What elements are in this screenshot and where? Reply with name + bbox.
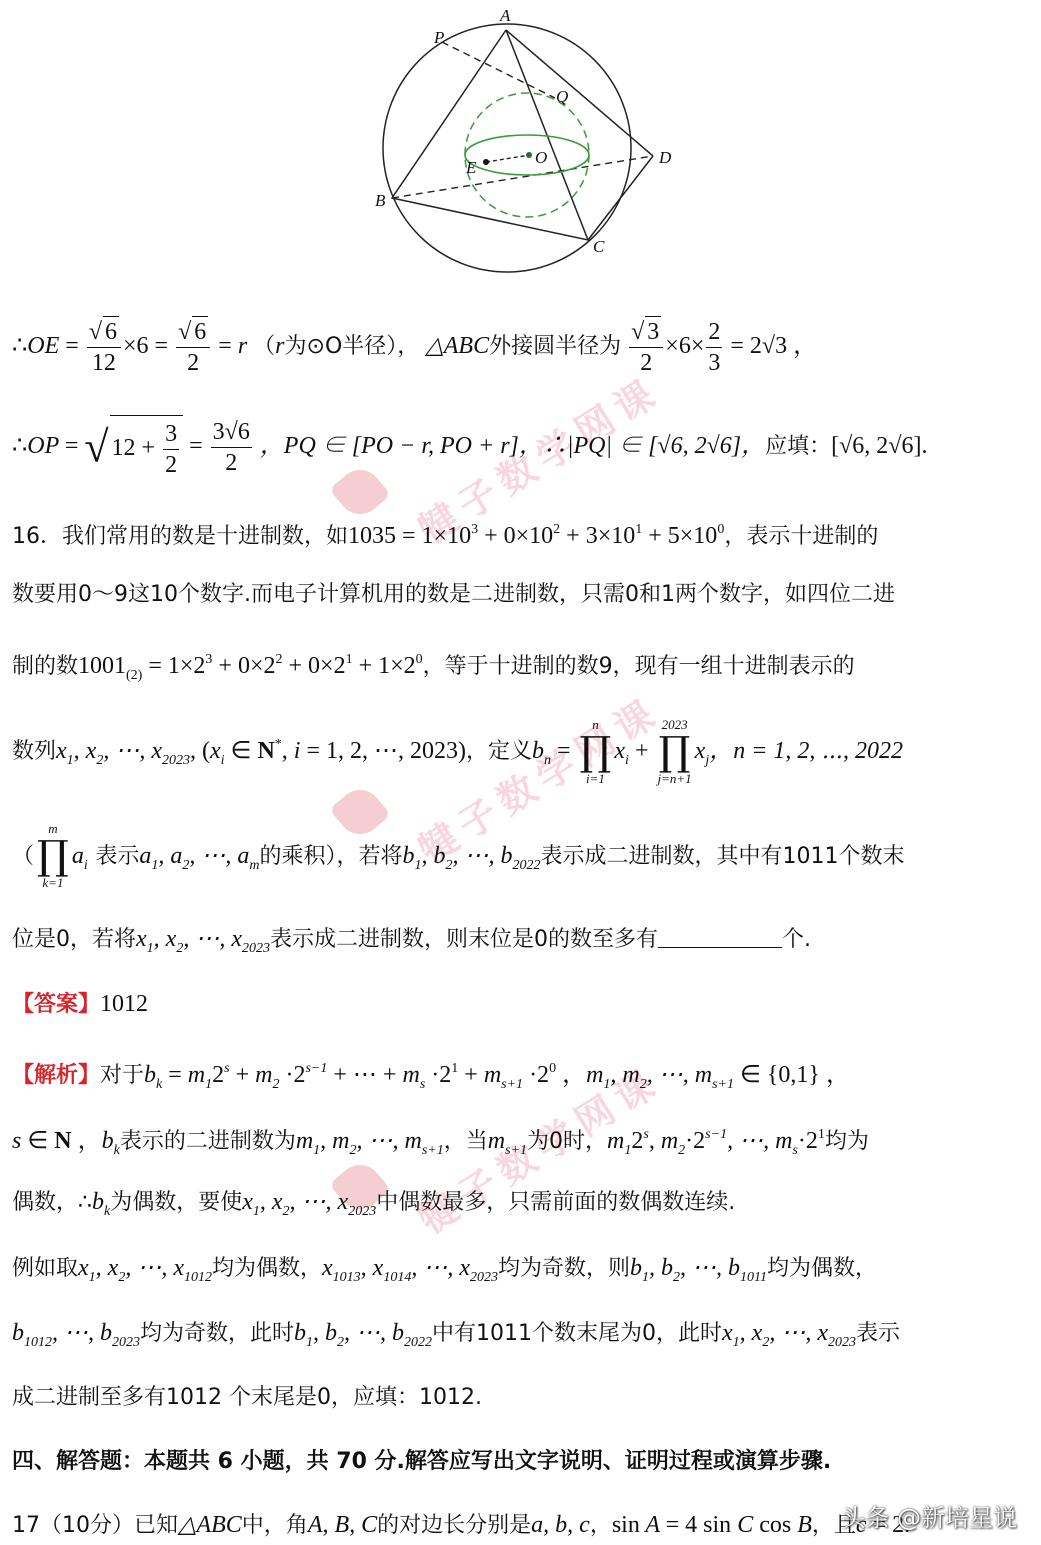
q16-line-1: 16．我们常用的数是十进制数，如1035 = 1×103 + 0×102 + 3… [12,514,1029,553]
oe-label: OE [27,333,59,359]
therefore-symbol: ∴ [12,433,27,459]
label-P: P [433,28,444,47]
q16-text: 表示成二进制数，则末位是0的数至多有 [270,927,658,952]
analysis-text: 表示的二进制数为 [120,1129,296,1154]
q17-text: ， [590,1513,612,1538]
analysis-text: 均为奇数，则 [498,1256,630,1281]
q16-text: 数列 [12,739,56,764]
analysis-text: 均为偶数， [767,1256,877,1281]
r-symbol: r [275,333,284,359]
times-6: ×6 [123,333,149,359]
label-O: O [535,148,547,167]
radius-note: 为⊙O半径 [285,334,387,359]
q16-text: ，表示十进制的 [724,524,878,549]
analysis-text: 均为 [825,1129,869,1154]
q16-text: 表示 [95,844,139,869]
fraction-sqrt6-2: √62 [176,316,210,378]
r-symbol: r [238,333,247,359]
section-heading: 四、解答题：本题共 6 小题，共 70 分.解答应写出文字说明、证明过程或演算步… [12,1446,1029,1478]
paren: ）， [386,334,419,359]
answer-blank[interactable] [658,925,782,948]
analysis-text: 偶数，∴ [12,1190,92,1215]
binary-expansion: 1001(2) = 1×23 + 0×22 + 0×21 + 1×20 [78,653,423,679]
analysis-text: 为偶数，要使 [110,1190,242,1215]
q16-intro: 16．我们常用的数是十进制数，如 [12,524,348,549]
q17-text: 17（10分）已知 [12,1513,178,1538]
triangle-abc: △ABC [425,333,489,359]
fill-value: [√6, 2√6]. [831,433,927,459]
q16-text: ，定义 [466,739,532,764]
analysis-text: 中有1011个数末尾为0，此时 [432,1321,722,1346]
answer-label: 【答案】 [12,992,100,1017]
q16-text: 表示成二进制数，其中有1011个数末 [541,844,905,869]
analysis-text: 为0时， [527,1129,607,1154]
solution-line-op: ∴OP = √12 + 32 = 3√62 ，PQ ∈ [PO − r, PO … [12,414,1029,480]
q16-text: ，等于十进制的数9，现有一组十进制表示的 [423,654,855,679]
eq: = [65,333,79,359]
therefore-symbol: ∴ [12,333,27,359]
analysis-text: 均为奇数，此时 [140,1321,294,1346]
analysis-line-3: 偶数，∴bk为偶数，要使x1, x2, ⋯, x2023中偶数最多，只需前面的数… [12,1185,1029,1228]
analysis-text: 中偶数最多，只需前面的数偶数连续. [376,1190,735,1215]
q16-text: 的乘积），若将 [260,844,403,869]
q17-text: 中，角 [242,1513,308,1538]
analysis-text: ，当 [444,1129,488,1154]
q16-line-5: （m∏k=1ai 表示a1, a2, ⋯, am的乘积），若将b1, b2, ⋯… [12,820,1029,901]
fraction-sqrt6-12: √612 [87,316,121,378]
sequence-def: x1, x2, ⋯, x2023, (xi ∈ N*, i = 1, 2, ⋯,… [56,738,466,764]
times: ×6× [665,333,704,359]
pq-range: ，PQ ∈ [PO − r, PO + r]，∴|PQ| ∈ [√6, 2√6]… [260,433,765,459]
label-C: C [593,237,605,256]
answer-value: 1012 [100,991,148,1017]
q16-line-4: 数列x1, x2, ⋯, x2023, (xi ∈ N*, i = 1, 2, … [12,710,1029,796]
decimal-expansion: 1035 = 1×10 [348,523,471,549]
label-D: D [658,148,672,167]
answer-line: 【答案】1012 [12,987,1029,1021]
circumradius-text: 外接圆半径为 [489,334,621,359]
geometry-figure: A P Q D E O B C [370,0,690,290]
fraction-sqrt3-2: √32 [629,316,663,378]
paren: （ [253,334,275,359]
fraction-3sqrt6-2: 3√62 [211,417,252,478]
q16-line-2: 数要用0～9这10个数字.而电子计算机用的数是二进制数，只需0和1两个数字，如四… [12,579,1029,611]
analysis-line-4: 例如取x1, x2, ⋯, x1012均为偶数，x1013, x1014, ⋯,… [12,1251,1029,1294]
bn-definition: bn = n∏i=1xi + 2023∏j=n+1xj [532,738,709,764]
analysis-text: 例如取 [12,1256,78,1281]
label-B: B [375,191,386,210]
q16-line-3: 制的数1001(2) = 1×23 + 0×22 + 0×21 + 1×20，等… [12,644,1029,692]
circumradius-result: = 2√3 ， [730,333,817,359]
product-operator: m∏k=1 [37,822,69,890]
eq: = [189,433,203,459]
n-range: ，n = 1, 2, ⋯, 2022 [709,738,903,764]
sqrt-content: 12 + 32 [110,415,184,480]
analysis-text: 表示 [856,1321,900,1346]
toutiao-watermark: 头条 @新培星说 [841,1498,1017,1533]
q16-text: 制的数 [12,654,78,679]
analysis-line-2: s ∈ N ，bk表示的二进制数为m1, m2, ⋯, ms+1，当ms+1为0… [12,1119,1029,1167]
analysis-text: 对于 [100,1063,144,1088]
analysis-text: 均为偶数， [212,1256,322,1281]
q16-line-6: 位是0，若将x1, x2, ⋯, x2023表示成二进制数，则末位是0的数至多有… [12,922,1029,965]
op-label: OP [27,433,59,459]
q16-text: 个. [782,927,811,952]
fraction-2-3: 23 [706,317,722,378]
sqrt-sign: √ [84,422,108,471]
analysis-label: 【解析】 [12,1063,100,1088]
q17-text: 的对边长分别是 [377,1513,531,1538]
label-A: A [499,6,511,25]
label-E: E [465,158,477,177]
fill-label: 应填： [765,434,831,459]
analysis-line-1: 【解析】对于bk = m12s + m2 ·2s−1 + ⋯ + ms ·21 … [12,1053,1029,1101]
solution-line-oe: ∴OE = √612×6 = √62 = r （r为⊙O半径）， △ABC外接圆… [12,316,1029,378]
analysis-line-5: b1012, ⋯, b2023均为奇数，此时b1, b2, ⋯, b2022中有… [12,1316,1029,1359]
label-Q: Q [556,87,568,106]
analysis-line-6: 成二进制至多有1012 个末尾是0，应填：1012. [12,1382,1029,1414]
q16-text: 位是0，若将 [12,927,136,952]
